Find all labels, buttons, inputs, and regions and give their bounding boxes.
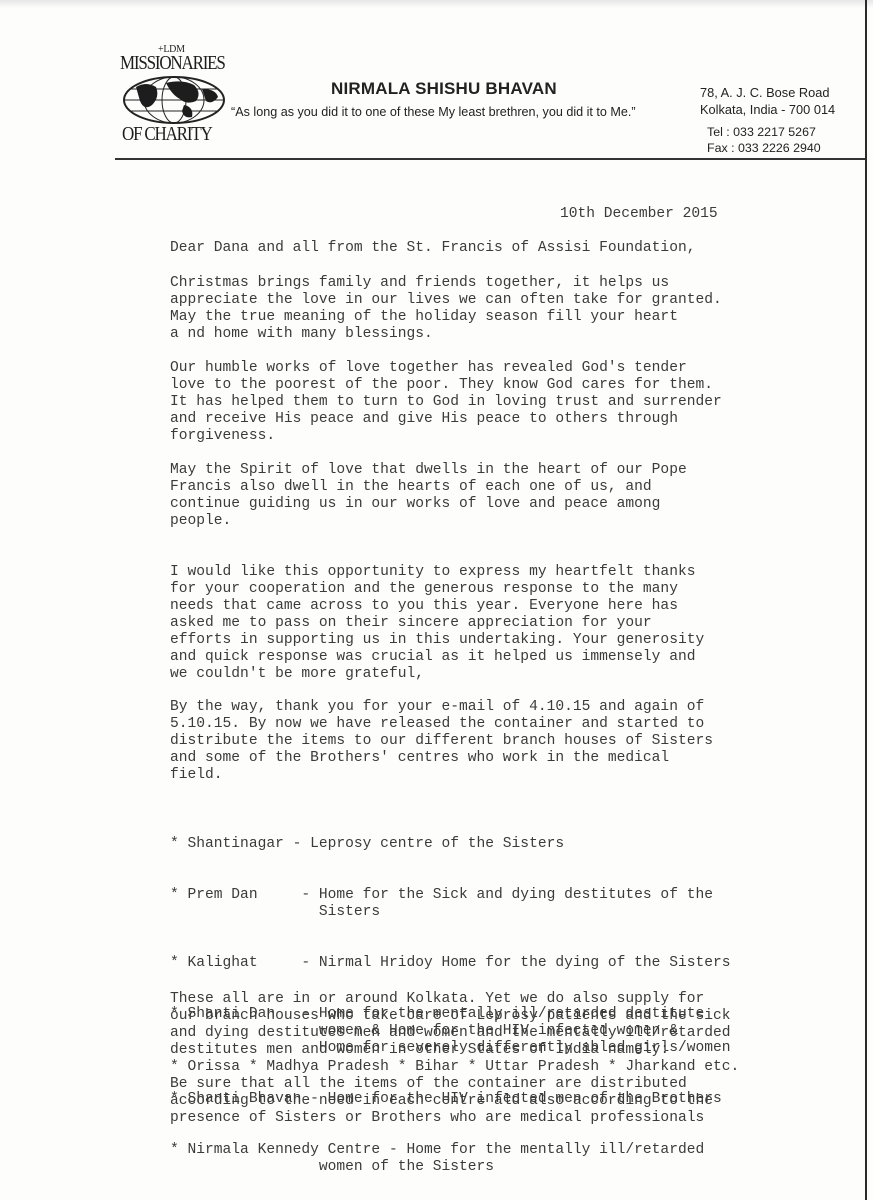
scan-edge (0, 0, 873, 8)
salutation: Dear Dana and all from the St. Francis o… (170, 240, 695, 256)
list-item: * Prem Dan - Home for the Sick and dying… (170, 887, 731, 921)
telephone: Tel : 033 2217 5267 (707, 124, 821, 140)
logo-bottom-text: OF CHARITY (122, 123, 212, 146)
paragraph: May the Spirit of love that dwells in th… (170, 462, 687, 530)
paragraph: By the way, thank you for your e-mail of… (170, 699, 713, 784)
address-block: 78, A. J. C. Bose Road Kolkata, India - … (700, 84, 835, 118)
paragraph: I would like this opportunity to express… (170, 564, 704, 683)
list-item: * Kalighat - Nirmal Hridoy Home for the … (170, 955, 731, 972)
globe-icon (122, 75, 226, 125)
tagline: “As long as you did it to one of these M… (231, 105, 636, 119)
logo-top-text: MISSIONARIES (120, 52, 225, 75)
fax: Fax : 033 2226 2940 (707, 140, 821, 156)
address-line: 78, A. J. C. Bose Road (700, 84, 835, 101)
letter-date: 10th December 2015 (560, 206, 718, 222)
paragraph: These all are in or around Kolkata. Yet … (170, 991, 739, 1127)
page-edge (865, 0, 867, 1200)
contact-block: Tel : 033 2217 5267 Fax : 033 2226 2940 (707, 124, 821, 156)
list-item: * Shantinagar - Leprosy centre of the Si… (170, 836, 731, 853)
missionaries-of-charity-logo: +LDM MISSIONARIES OF CHARITY (118, 44, 230, 148)
paragraph: Our humble works of love together has re… (170, 360, 722, 445)
header-divider (115, 158, 865, 160)
organization-name: NIRMALA SHISHU BHAVAN (331, 79, 557, 99)
paragraph: Christmas brings family and friends toge… (170, 275, 722, 343)
address-line: Kolkata, India - 700 014 (700, 101, 835, 118)
list-item: * Nirmala Kennedy Centre - Home for the … (170, 1142, 731, 1176)
